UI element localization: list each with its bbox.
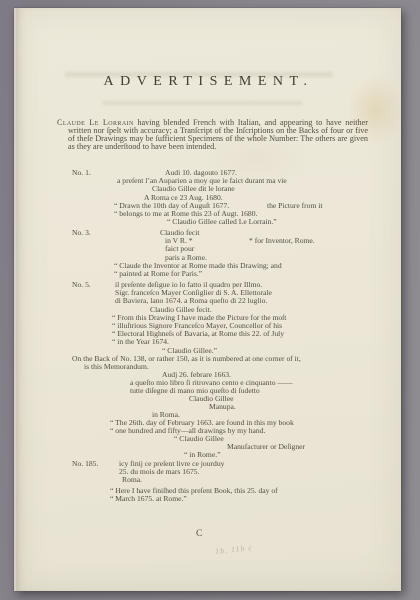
entry-no-1: No. 1. Audi 10. dagouto 1677. a preſent …: [16, 169, 401, 226]
page-title: ADVERTISEMENT.: [16, 74, 401, 90]
entry-label: No. 3.: [72, 229, 91, 237]
inscription-line: tutte diſegne di mano mio queſto di ſude…: [130, 387, 401, 395]
entry-no-5: No. 5. il preſente deſigue io lo fatto i…: [16, 281, 401, 355]
english-line: “ one hundred and fifty—all drawings by …: [110, 427, 401, 435]
footnote: * for Inventor, Rome.: [249, 237, 315, 245]
entry-label: No. 1.: [72, 169, 91, 177]
pencil-inscription: 1b. 11h c: [215, 543, 254, 556]
paper-sheet: ADVERTISEMENT. Claude Le Lorrain having …: [14, 8, 401, 591]
english-line: “ in Rome.”: [184, 451, 401, 459]
inscription-line: in V R. ** for Inventor, Rome.: [165, 237, 401, 245]
entry-no-185: No. 185. icy finij ce preſent livre ce j…: [16, 460, 401, 503]
intro-paragraph: Claude Le Lorrain having blended French …: [68, 119, 368, 151]
english-line-continuation: the Picture from it: [267, 202, 322, 210]
inscription-line: 25. du mois de mars 1675.: [119, 468, 401, 476]
english-line: “ painted at Rome for Paris.”: [114, 270, 401, 278]
scanned-page-photo: { "title": "ADVERTISEMENT.", "intro": { …: [0, 0, 420, 600]
entry-label: No. 5.: [72, 281, 91, 289]
english-line: “ March 1675. at Rome.”: [110, 495, 401, 503]
english-line: Manufacturer or Deſigner: [227, 443, 401, 451]
inscription-line: Manupa.: [209, 403, 401, 411]
entry-back-of-138: On the Back of No. 138, or rather 150, a…: [16, 355, 401, 459]
showthrough-line-2: [102, 101, 302, 105]
signature-mark: C: [196, 529, 202, 539]
memorandum-intro: is this Memorandum.: [84, 363, 401, 371]
english-line: “ in the Year 1674.: [112, 338, 401, 346]
inscription-line: Roma.: [122, 476, 401, 484]
entry-no-3: No. 3. Claudio fecit in V R. ** for Inve…: [16, 229, 401, 278]
english-line: “ Claudio Gillee called Le Lorrain.”: [167, 218, 401, 226]
entry-label: No. 185.: [72, 460, 98, 468]
